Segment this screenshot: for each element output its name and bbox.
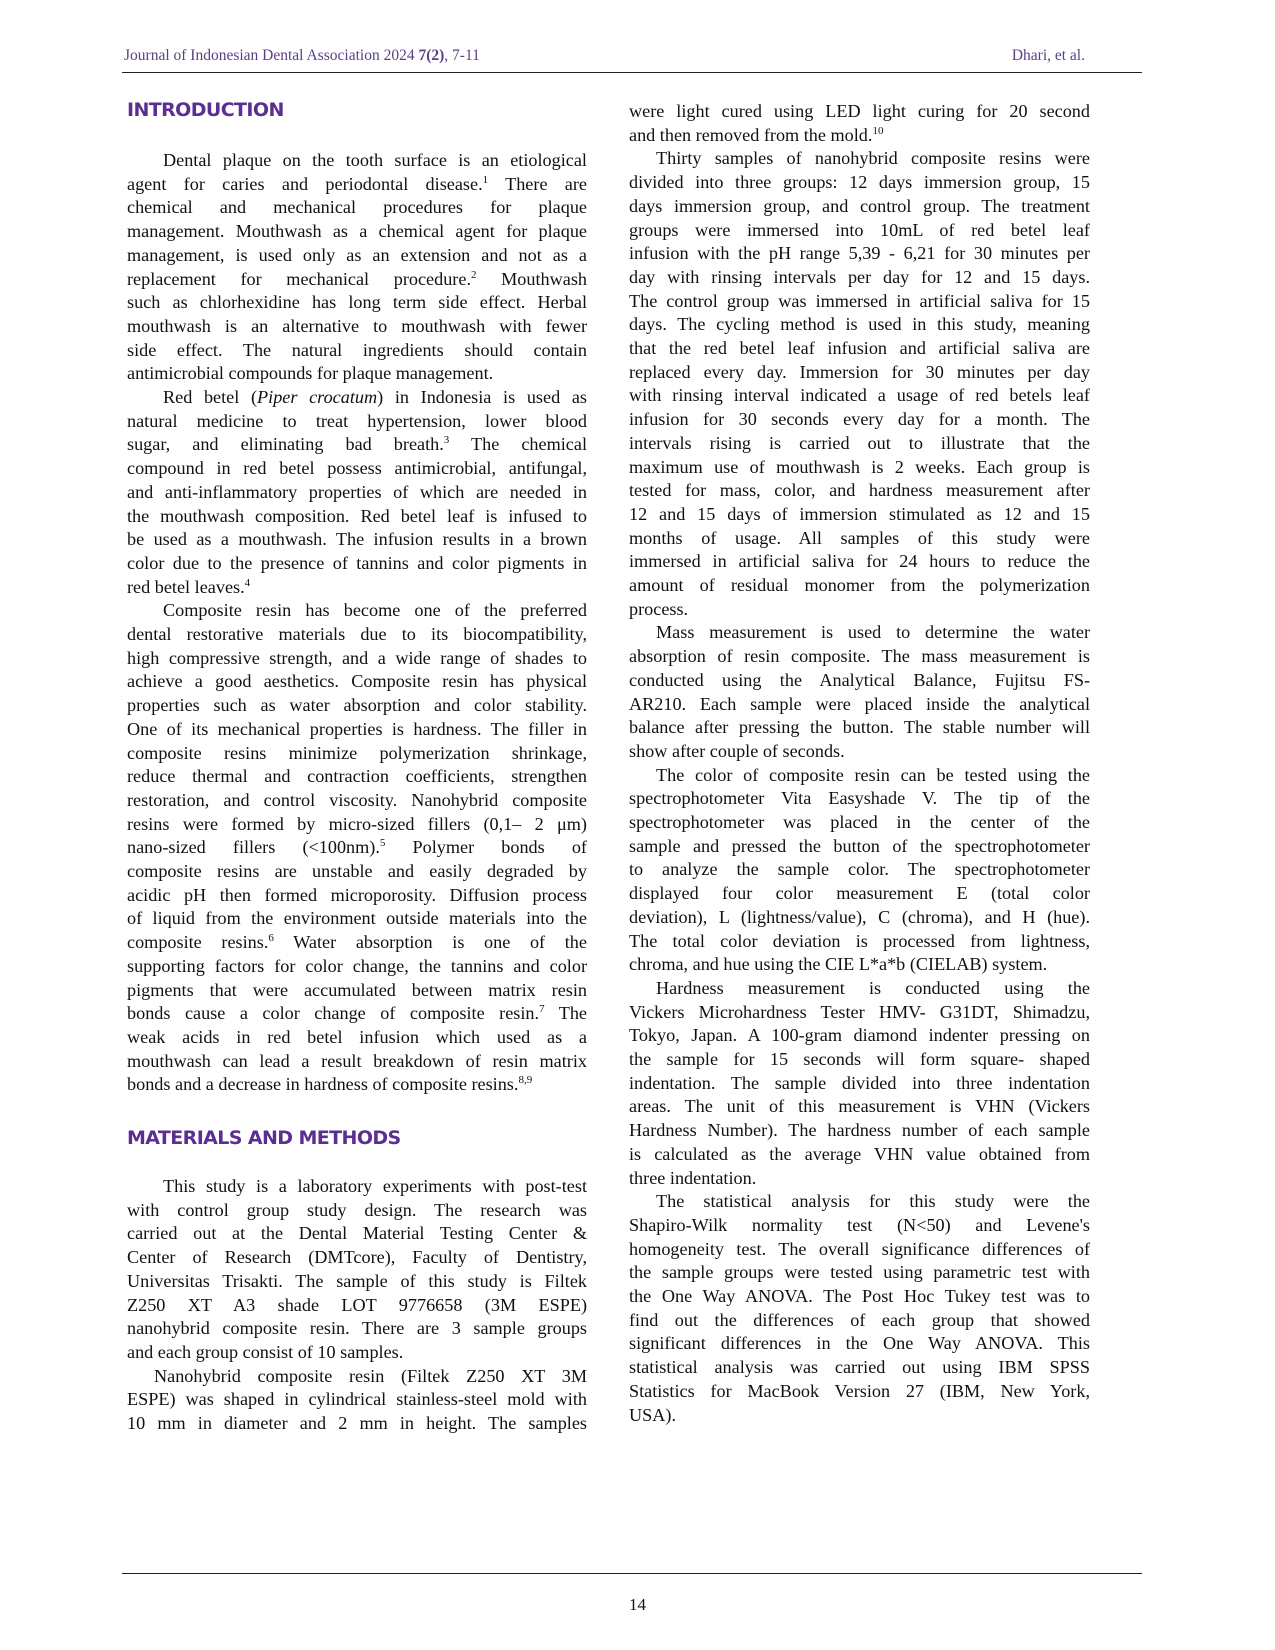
text-line: the sample groups were tested using para… bbox=[629, 1260, 1090, 1285]
text-line: show after couple of seconds. bbox=[629, 739, 1090, 764]
text-line: high compressive strength, and a wide ra… bbox=[127, 646, 587, 671]
text-line: and each group consist of 10 samples. bbox=[127, 1340, 587, 1365]
text-line: replaced every day. Immersion for 30 min… bbox=[629, 360, 1090, 385]
text-line: carried out at the Dental Material Testi… bbox=[127, 1221, 587, 1246]
text-line: and then removed from the mold.10 bbox=[629, 123, 1090, 148]
text-line: three indentation. bbox=[629, 1166, 1090, 1191]
text-line: acidic pH then formed microporosity. Dif… bbox=[127, 883, 587, 908]
footer-divider bbox=[122, 1573, 1142, 1574]
citation-superscript: 6 bbox=[268, 932, 274, 944]
citation-superscript: 2 bbox=[471, 269, 477, 281]
text-line: significant differences in the One Way A… bbox=[629, 1331, 1090, 1356]
text-line: that the red betel leaf infusion and art… bbox=[629, 336, 1090, 361]
text-line: infusion with the pH range 5,39 - 6,21 f… bbox=[629, 241, 1090, 266]
text-line: composite resins are unstable and easily… bbox=[127, 859, 587, 884]
citation-superscript: 5 bbox=[380, 837, 386, 849]
section-heading-introduction: INTRODUCTION bbox=[127, 99, 284, 121]
text-line: Center of Research (DMTcore), Faculty of… bbox=[127, 1245, 587, 1270]
text-line: Red betel (Piper crocatum) in Indonesia … bbox=[163, 385, 587, 410]
header-divider bbox=[122, 72, 1142, 73]
text-line: compound in red betel possess antimicrob… bbox=[127, 456, 587, 481]
text-line: bonds cause a color change of composite … bbox=[127, 1001, 587, 1026]
text-line: This study is a laboratory experiments w… bbox=[163, 1174, 587, 1199]
text-line: and anti-inflammatory properties of whic… bbox=[127, 480, 587, 505]
text-line: the mouthwash composition. Red betel lea… bbox=[127, 504, 587, 529]
text-line: resins were formed by micro-sized filler… bbox=[127, 812, 587, 837]
page-number: 14 bbox=[0, 1595, 1275, 1615]
text-line: indentation. The sample divided into thr… bbox=[629, 1071, 1090, 1096]
text-line: chemical and mechanical procedures for p… bbox=[127, 195, 587, 220]
text-line: composite resins.6 Water absorption is o… bbox=[127, 930, 587, 955]
citation-superscript: 4 bbox=[245, 577, 251, 589]
text-line: natural medicine to treat hypertension, … bbox=[127, 409, 587, 434]
text-line: months of usage. All samples of this stu… bbox=[629, 526, 1090, 551]
text-line: deviation), L (lightness/value), C (chro… bbox=[629, 905, 1090, 930]
text-line: Tokyo, Japan. A 100-gram diamond indente… bbox=[629, 1023, 1090, 1048]
text-line: Vickers Microhardness Tester HMV- G31DT,… bbox=[629, 1000, 1090, 1025]
text-line: conducted using the Analytical Balance, … bbox=[629, 668, 1090, 693]
text-line: The statistical analysis for this study … bbox=[656, 1189, 1090, 1214]
text-line: day with rinsing intervals per day for 1… bbox=[629, 265, 1090, 290]
text-line: the sample for 15 seconds will form squa… bbox=[629, 1047, 1090, 1072]
text-line: side effect. The natural ingredients sho… bbox=[127, 338, 587, 363]
text-line: USA). bbox=[629, 1403, 1090, 1428]
text-line: find out the differences of each group t… bbox=[629, 1308, 1090, 1333]
text-line: chroma, and hue using the CIE L*a*b (CIE… bbox=[629, 952, 1090, 977]
text-line: Universitas Trisakti. The sample of this… bbox=[127, 1269, 587, 1294]
text-line: nanohybrid composite resin. There are 3 … bbox=[127, 1316, 587, 1341]
volume-issue: 7(2) bbox=[418, 47, 444, 64]
text-line: displayed four color measurement E (tota… bbox=[629, 881, 1090, 906]
text-line: Hardness Number). The hardness number of… bbox=[629, 1118, 1090, 1143]
text-line: sample and pressed the button of the spe… bbox=[629, 834, 1090, 859]
section-heading-materials-methods: MATERIALS AND METHODS bbox=[127, 1127, 401, 1149]
text-line: spectrophotometer was placed in the cent… bbox=[629, 810, 1090, 835]
text-line: pigments that were accumulated between m… bbox=[127, 978, 587, 1003]
text-line: One of its mechanical properties is hard… bbox=[127, 717, 587, 742]
text-line: bonds and a decrease in hardness of comp… bbox=[127, 1072, 587, 1097]
text-line: be used as a mouthwash. The infusion res… bbox=[127, 527, 587, 552]
text-line: of liquid from the environment outside m… bbox=[127, 906, 587, 931]
citation-superscript: 8,9 bbox=[518, 1074, 532, 1086]
text-line: antimicrobial compounds for plaque manag… bbox=[127, 361, 587, 386]
text-line: tested for mass, color, and hardness mea… bbox=[629, 478, 1090, 503]
text-line: AR210. Each sample were placed inside th… bbox=[629, 692, 1090, 717]
text-line: dental restorative materials due to its … bbox=[127, 622, 587, 647]
text-line: properties such as water absorption and … bbox=[127, 693, 587, 718]
text-line: 10 mm in diameter and 2 mm in height. Th… bbox=[127, 1411, 587, 1436]
text-line: process. bbox=[629, 597, 1090, 622]
text-line: sugar, and eliminating bad breath.3 The … bbox=[127, 432, 587, 457]
citation-superscript: 10 bbox=[872, 125, 883, 137]
text-line: were light cured using LED light curing … bbox=[629, 99, 1090, 124]
text-line: homogeneity test. The overall significan… bbox=[629, 1237, 1090, 1262]
text-line: red betel leaves.4 bbox=[127, 575, 587, 600]
text-line: intervals rising is carried out to illus… bbox=[629, 431, 1090, 456]
text-line: mouthwash can lead a result breakdown of… bbox=[127, 1049, 587, 1074]
text-line: groups were immersed into 10mL of red be… bbox=[629, 218, 1090, 243]
text-line: divided into three groups: 12 days immer… bbox=[629, 170, 1090, 195]
text-line: Thirty samples of nanohybrid composite r… bbox=[656, 146, 1090, 171]
citation-superscript: 1 bbox=[483, 174, 489, 186]
running-header-authors: Dhari, et al. bbox=[1012, 47, 1085, 65]
text-line: reduce thermal and contraction coefficie… bbox=[127, 764, 587, 789]
text-line: balance after pressing the button. The s… bbox=[629, 715, 1090, 740]
text-line: Composite resin has become one of the pr… bbox=[163, 598, 587, 623]
journal-page: Journal of Indonesian Dental Association… bbox=[0, 0, 1275, 1650]
citation-superscript: 7 bbox=[539, 1003, 545, 1015]
page-range: , 7-11 bbox=[444, 47, 480, 64]
text-line: the One Way ANOVA. The Post Hoc Tukey te… bbox=[629, 1284, 1090, 1309]
text-line: infusion for 30 seconds every day for a … bbox=[629, 407, 1090, 432]
text-line: Z250 XT A3 shade LOT 9776658 (3M ESPE) bbox=[127, 1293, 587, 1318]
text-line: The total color deviation is processed f… bbox=[629, 929, 1090, 954]
text-line: days. The cycling method is used in this… bbox=[629, 312, 1090, 337]
text-line: Dental plaque on the tooth surface is an… bbox=[163, 148, 587, 173]
text-line: replacement for mechanical procedure.2 M… bbox=[127, 267, 587, 292]
text-line: spectrophotometer Vita Easyshade V. The … bbox=[629, 786, 1090, 811]
text-line: The control group was immersed in artifi… bbox=[629, 289, 1090, 314]
text-line: areas. The unit of this measurement is V… bbox=[629, 1094, 1090, 1119]
text-line: Mass measurement is used to determine th… bbox=[656, 620, 1090, 645]
text-line: Nanohybrid composite resin (Filtek Z250 … bbox=[154, 1364, 587, 1389]
text-line: weak acids in red betel infusion which u… bbox=[127, 1025, 587, 1050]
text-line: The color of composite resin can be test… bbox=[656, 763, 1090, 788]
text-line: 12 and 15 days of immersion stimulated a… bbox=[629, 502, 1090, 527]
text-line: with rinsing interval indicated a usage … bbox=[629, 383, 1090, 408]
text-line: immersed in artificial saliva for 24 hou… bbox=[629, 549, 1090, 574]
text-line: mouthwash is an alternative to mouthwash… bbox=[127, 314, 587, 339]
text-line: color due to the presence of tannins and… bbox=[127, 551, 587, 576]
text-line: Hardness measurement is conducted using … bbox=[656, 976, 1090, 1001]
text-line: is calculated as the average VHN value o… bbox=[629, 1142, 1090, 1167]
text-line: restoration, and control viscosity. Nano… bbox=[127, 788, 587, 813]
citation-superscript: 3 bbox=[444, 434, 450, 446]
text-line: Statistics for MacBook Version 27 (IBM, … bbox=[629, 1379, 1090, 1404]
journal-name: Journal of Indonesian Dental Association… bbox=[124, 47, 415, 64]
text-line: with control group study design. The res… bbox=[127, 1198, 587, 1223]
text-line: management. Mouthwash as a chemical agen… bbox=[127, 219, 587, 244]
text-line: absorption of resin composite. The mass … bbox=[629, 644, 1090, 669]
text-line: to analyze the sample color. The spectro… bbox=[629, 857, 1090, 882]
text-line: management, is used only as an extension… bbox=[127, 243, 587, 268]
text-line: amount of residual monomer from the poly… bbox=[629, 573, 1090, 598]
text-line: such as chlorhexidine has long term side… bbox=[127, 290, 587, 315]
text-line: nano-sized fillers (<100nm).5 Polymer bo… bbox=[127, 835, 587, 860]
text-line: ESPE) was shaped in cylindrical stainles… bbox=[127, 1387, 587, 1412]
text-line: maximum use of mouthwash is 2 weeks. Eac… bbox=[629, 455, 1090, 480]
text-line: Shapiro-Wilk normality test (N<50) and L… bbox=[629, 1213, 1090, 1238]
running-header-journal: Journal of Indonesian Dental Association… bbox=[124, 47, 480, 65]
text-line: achieve a good aesthetics. Composite res… bbox=[127, 669, 587, 694]
text-line: agent for caries and periodontal disease… bbox=[127, 172, 587, 197]
text-line: days immersion group, and control group.… bbox=[629, 194, 1090, 219]
text-line: composite resins minimize polymerization… bbox=[127, 741, 587, 766]
text-line: supporting factors for color change, the… bbox=[127, 954, 587, 979]
text-line: statistical analysis was carried out usi… bbox=[629, 1355, 1090, 1380]
